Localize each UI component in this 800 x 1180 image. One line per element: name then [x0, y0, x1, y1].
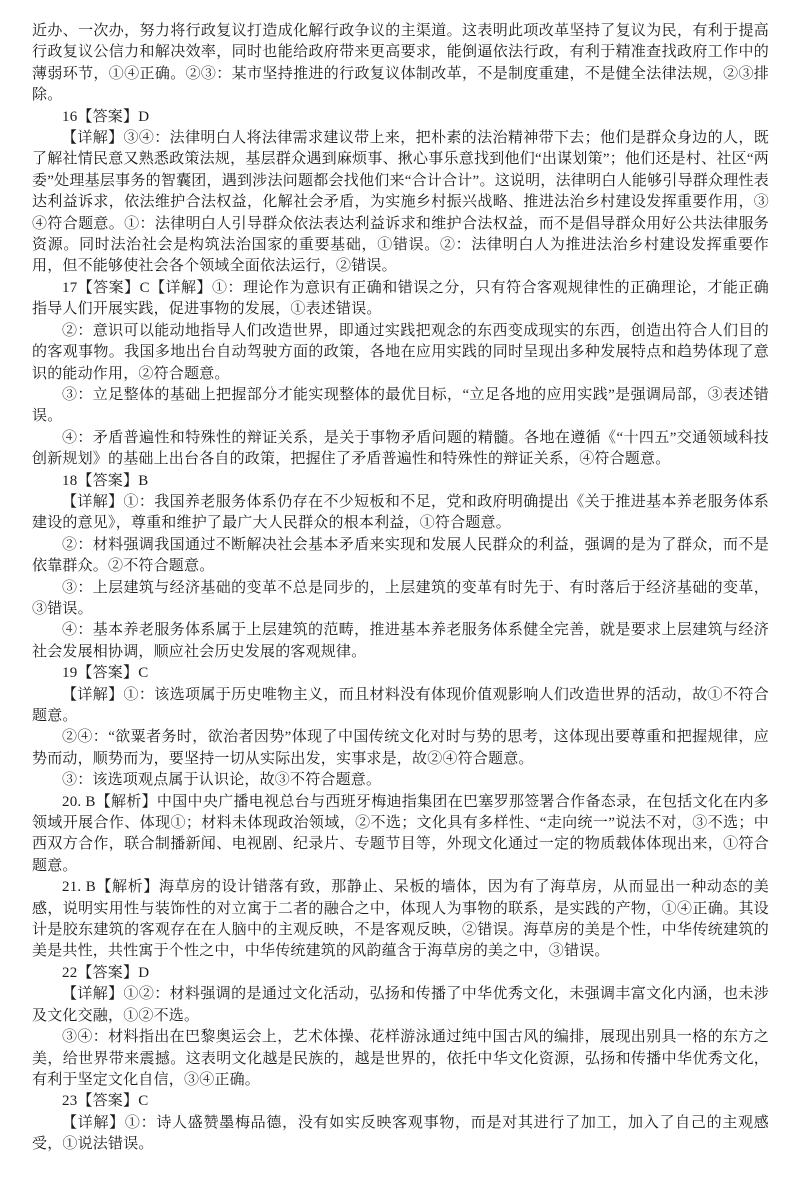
explanation-q19-point3: ③：该选项观点属于认识论，故③不符合题意。 [32, 770, 769, 791]
answer-line-q22: 22【答案】D [32, 963, 769, 984]
explanation-q22-point1-2: 【详解】①②：材料强调的是通过文化活动，弘扬和传播了中华优秀文化，未强调丰富文化… [32, 984, 769, 1027]
explanation-q23-point1: 【详解】①：诗人盛赞墨梅品德，没有如实反映客观事物，而是对其进行了加工，加入了自… [32, 1113, 769, 1156]
explanation-q17-point3: ③：立足整体的基础上把握部分才能实现整体的最优目标，“立足各地的应用实践”是强调… [32, 385, 769, 428]
answer-line-q18: 18【答案】B [32, 471, 769, 492]
answer-explanation-q20: 20. B【解析】中国中央广播电视总台与西班牙梅迪指集团在巴塞罗那签署合作备态录… [32, 792, 769, 878]
answer-explanation-q21: 21. B【解析】海草房的设计错落有致，那静止、呆板的墙体，因为有了海草房，从而… [32, 877, 769, 963]
answer-line-q23: 23【答案】C [32, 1091, 769, 1112]
explanation-q18-point2: ②：材料强调我国通过不断解决社会基本矛盾来实现和发展人民群众的利益，强调的是为了… [32, 535, 769, 578]
explanation-q16: 【详解】③④：法律明白人将法律需求建议带上来，把朴素的法治精神带下去；他们是群众… [32, 128, 769, 278]
explanation-q17-point2: ②：意识可以能动地指导人们改造世界，即通过实践把观念的东西变成现实的东西，创造出… [32, 321, 769, 385]
answer-line-q16: 16【答案】D [32, 107, 769, 128]
explanation-q18-point4: ④：基本养老服务体系属于上层建筑的范畴，推进基本养老服务体系健全完善，就是要求上… [32, 620, 769, 663]
explanation-q18-point1: 【详解】①：我国养老服务体系仍存在不少短板和不足，党和政府明确提出《关于推进基本… [32, 492, 769, 535]
answer-line-q19: 19【答案】C [32, 663, 769, 684]
explanation-q19-point2-4: ②④：“欲粟者务时，欲治者因势”体现了中国传统文化对时与势的思考，这体现出要尊重… [32, 727, 769, 770]
explanation-q17-point4: ④：矛盾普遍性和特殊性的辩证关系，是关于事物矛盾问题的精髓。各地在遵循《“十四五… [32, 428, 769, 471]
answer-explanation-q17: 17【答案】C【详解】①：理论作为意识有正确和错误之分，只有符合客观规律性的正确… [32, 278, 769, 321]
document-page: 近办、一次办，努力将行政复议打造成化解行政争议的主渠道。这表明此项改革坚持了复议… [0, 0, 800, 1180]
explanation-q22-point3-4: ③④：材料指出在巴黎奥运会上，艺术体操、花样游泳通过纯中国古风的编排，展现出别具… [32, 1027, 769, 1091]
explanation-q18-point3: ③：上层建筑与经济基础的变革不总是同步的，上层建筑的变革有时先于、有时落后于经济… [32, 578, 769, 621]
paragraph-continuation-q15: 近办、一次办，努力将行政复议打造成化解行政争议的主渠道。这表明此项改革坚持了复议… [32, 21, 769, 107]
explanation-q19-point1: 【详解】①：该选项属于历史唯物主义，而且材料没有体现价值观影响人们改造世界的活动… [32, 685, 769, 728]
